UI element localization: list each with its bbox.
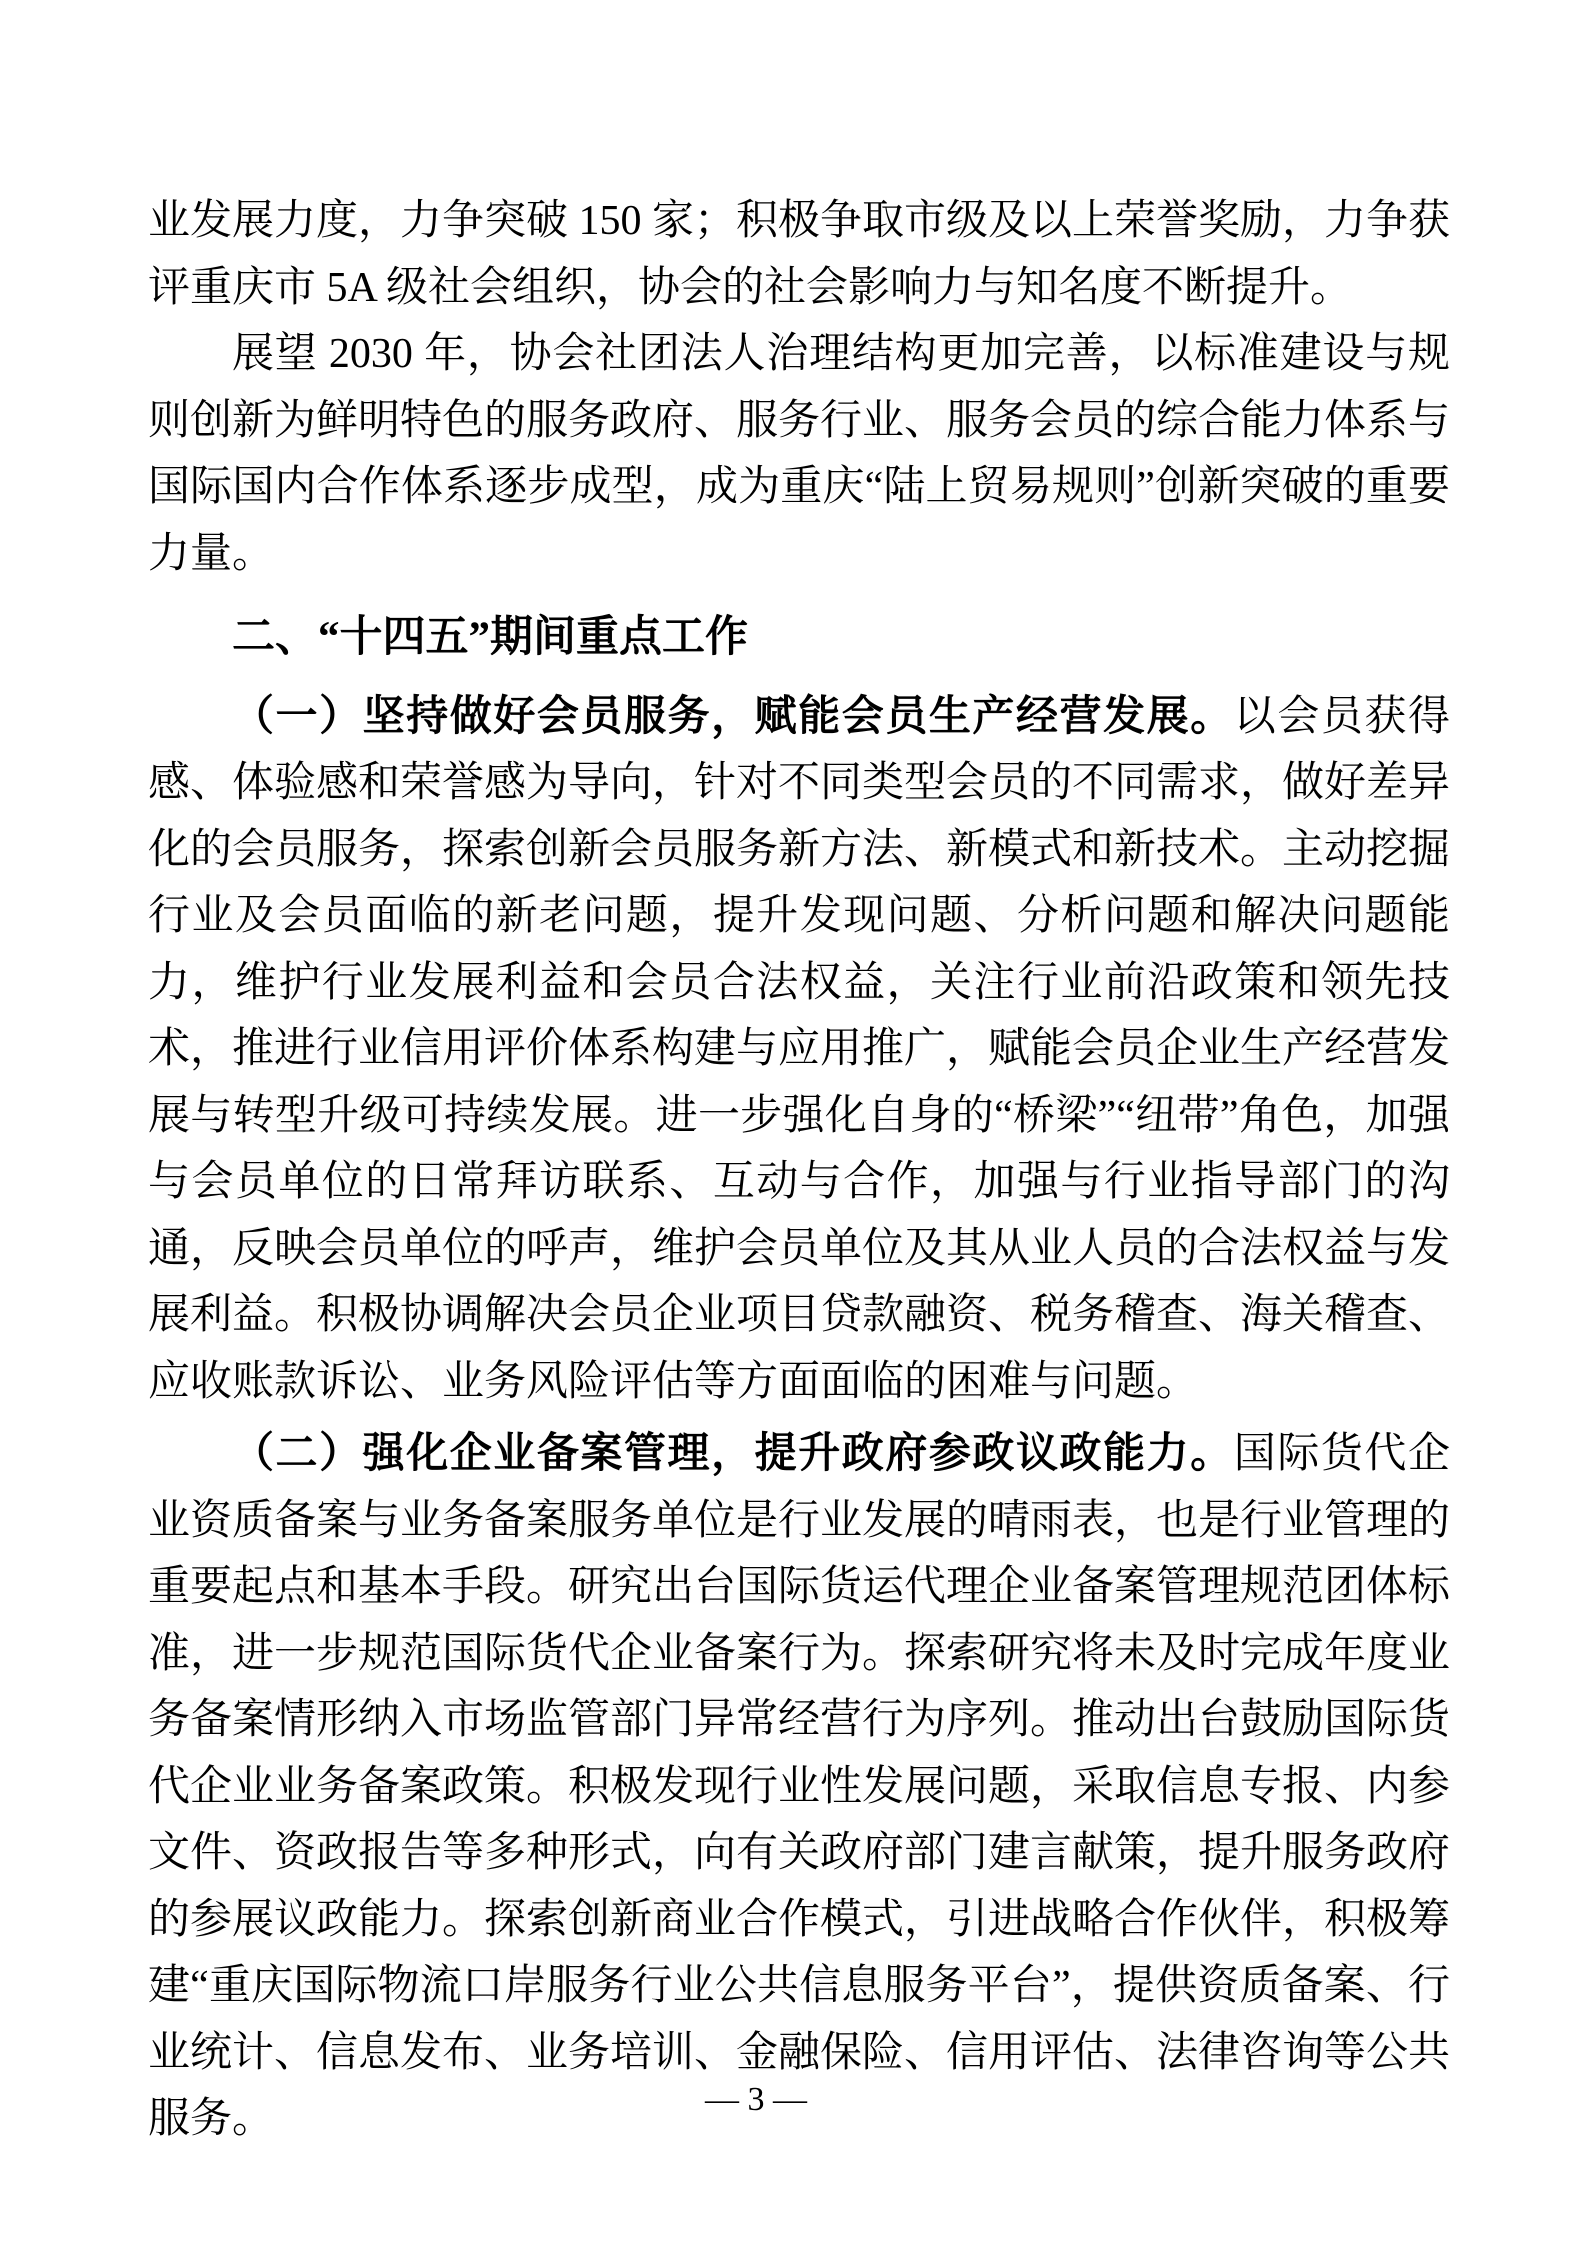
item-1-body: 以会员获得感、体验感和荣誉感为导向，针对不同类型会员的不同需求，做好差异化的会员… — [148, 694, 1450, 1405]
paragraph-item-1: （一）坚持做好会员服务，赋能会员生产经营发展。以会员获得感、体验感和荣誉感为导向… — [148, 684, 1450, 1416]
document-page: 业发展力度，力争突破 150 家；积极争取市级及以上荣誉奖励，力争获评重庆市 5… — [0, 0, 1588, 2245]
paragraph-outlook-2030: 展望 2030 年，协会社团法人治理结构更加完善，以标准建设与规则创新为鲜明特色… — [148, 321, 1450, 587]
paragraph-item-2: （二）强化企业备案管理，提升政府参政议政能力。国际货代企业资质备案与业务备案服务… — [148, 1421, 1450, 2153]
section-heading: 二、“十四五”期间重点工作 — [148, 605, 1450, 672]
item-1-lead: （一）坚持做好会员服务，赋能会员生产经营发展。 — [232, 694, 1234, 740]
paragraph-continuation: 业发展力度，力争突破 150 家；积极争取市级及以上荣誉奖励，力争获评重庆市 5… — [148, 188, 1450, 321]
item-2-lead: （二）强化企业备案管理，提升政府参政议政能力。 — [232, 1431, 1234, 1477]
document-body: 业发展力度，力争突破 150 家；积极争取市级及以上荣誉奖励，力争获评重庆市 5… — [148, 188, 1450, 2153]
page-number: — 3 — — [0, 2078, 1512, 2122]
item-2-body: 国际货代企业资质备案与业务备案服务单位是行业发展的晴雨表，也是行业管理的重要起点… — [148, 1431, 1450, 2142]
